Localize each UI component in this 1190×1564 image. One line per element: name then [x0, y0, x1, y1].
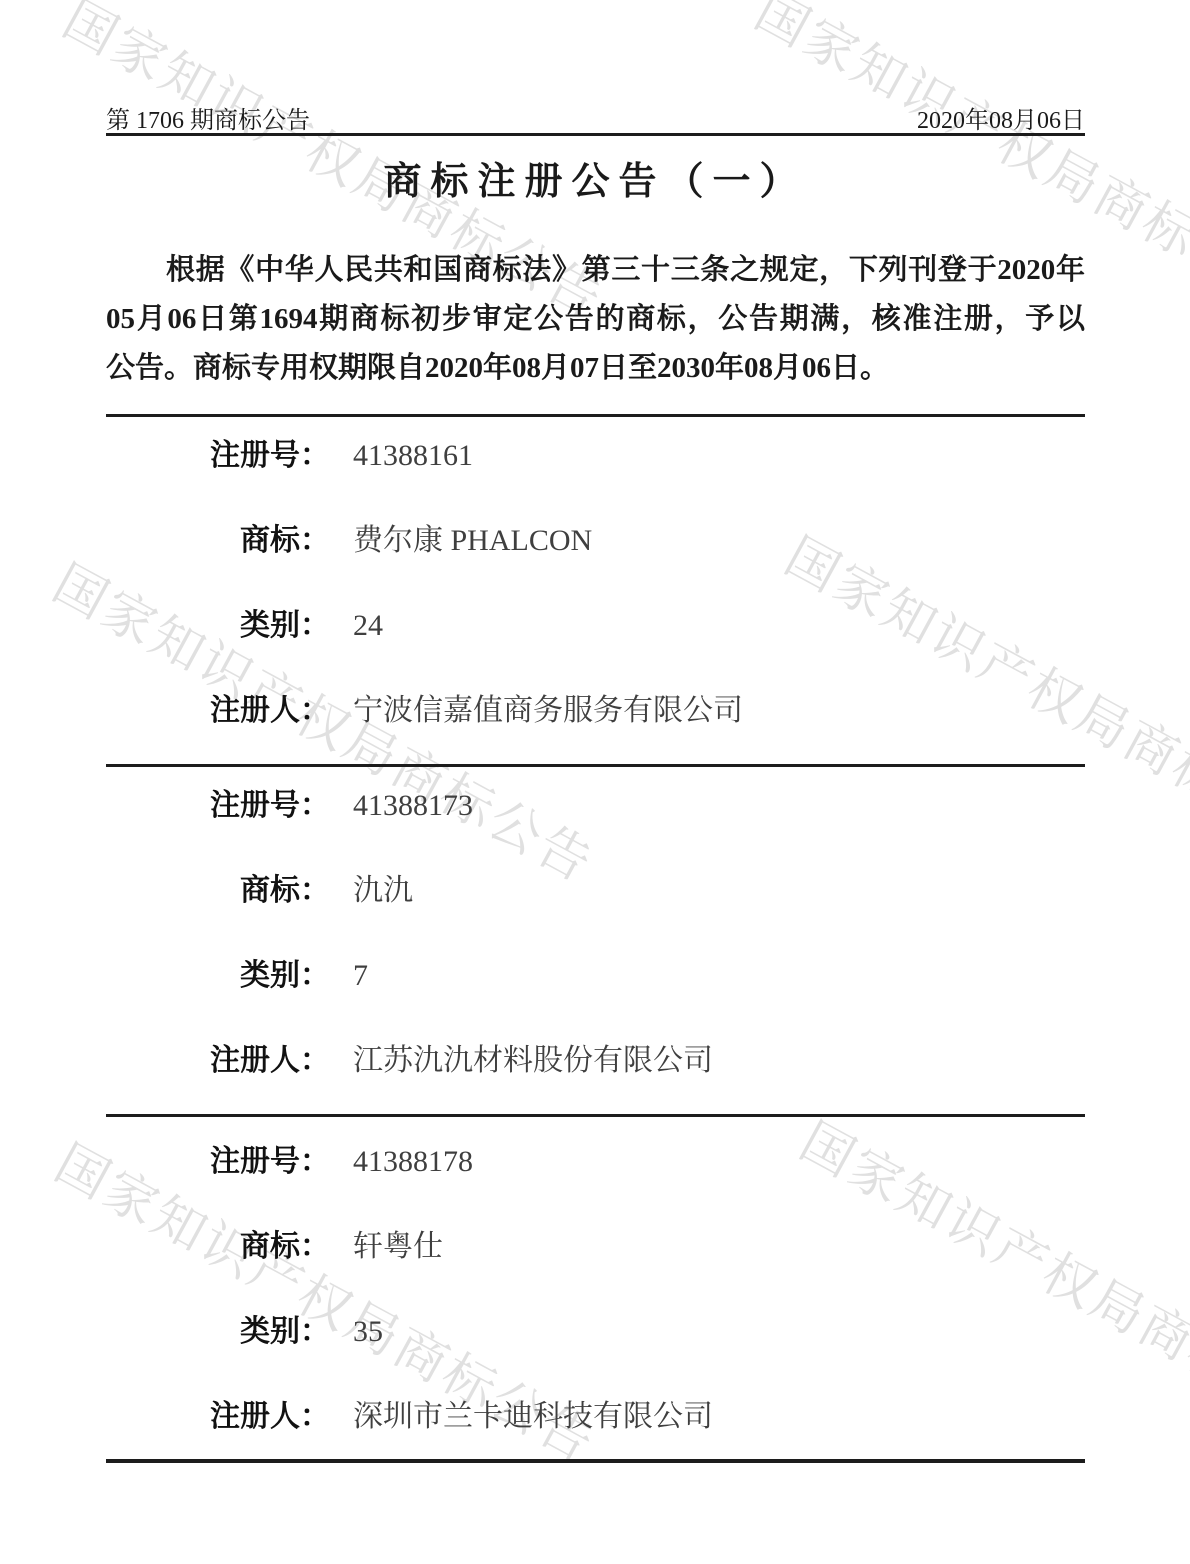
record-row: 商标：氿氿 — [106, 865, 1085, 950]
separator-line — [106, 1114, 1085, 1117]
category-value: 24 — [353, 609, 383, 642]
registrant-value: 江苏氿氿材料股份有限公司 — [353, 1044, 713, 1077]
reg-no-label: 注册号： — [106, 780, 330, 824]
category-value: 35 — [353, 1315, 383, 1348]
registrant-label: 注册人： — [106, 1035, 330, 1079]
header-rule — [106, 133, 1085, 136]
record-row: 类别：35 — [106, 1306, 1085, 1391]
record-row: 注册号：41388161 — [106, 430, 1085, 515]
record-row: 注册号：41388178 — [106, 1136, 1085, 1221]
registrant-label: 注册人： — [106, 1391, 330, 1435]
trademark-value: 氿氿 — [353, 874, 413, 907]
reg-no-value: 41388173 — [353, 789, 473, 822]
separator-line — [106, 764, 1085, 767]
record-row: 类别：24 — [106, 600, 1085, 685]
reg-no-label: 注册号： — [106, 430, 330, 474]
record-row: 商标：轩粤仕 — [106, 1221, 1085, 1306]
registrant-value: 宁波信嘉值商务服务有限公司 — [353, 694, 743, 727]
gazette-issue: 第 1706 期商标公告 — [106, 100, 310, 135]
registrant-label: 注册人： — [106, 685, 330, 729]
trademark-label: 商标： — [106, 865, 330, 909]
record-section: 注册号：41388178 商标：轩粤仕 类别：35 注册人：深圳市兰卡迪科技有限… — [106, 1136, 1085, 1476]
record-row: 商标：费尔康 PHALCON — [106, 515, 1085, 600]
registrant-value: 深圳市兰卡迪科技有限公司 — [353, 1400, 713, 1433]
trademark-label: 商标： — [106, 1221, 330, 1265]
record-row: 注册人：宁波信嘉值商务服务有限公司 — [106, 685, 1085, 770]
gazette-date: 2020年08月06日 — [917, 100, 1085, 135]
page-title: 商标注册公告（一） — [0, 150, 1190, 205]
reg-no-value: 41388178 — [353, 1145, 473, 1178]
record-row: 注册号：41388173 — [106, 780, 1085, 865]
record-row: 注册人：深圳市兰卡迪科技有限公司 — [106, 1391, 1085, 1476]
trademark-label: 商标： — [106, 515, 330, 559]
intro-line: 根据《中华人民共和国商标法》第三十三条之规定，下列刊登于2020年 — [106, 246, 1085, 295]
category-value: 7 — [353, 959, 368, 992]
record-section: 注册号：41388173 商标：氿氿 类别：7 注册人：江苏氿氿材料股份有限公司 — [106, 780, 1085, 1120]
bottom-rule — [106, 1459, 1085, 1463]
separator-line — [106, 414, 1085, 417]
record-row: 注册人：江苏氿氿材料股份有限公司 — [106, 1035, 1085, 1120]
gazette-page: 国家知识产权局商标公告 国家知识产权局商标公告 国家知识产权局商标公告 国家知识… — [0, 0, 1190, 1564]
category-label: 类别： — [106, 1306, 330, 1350]
category-label: 类别： — [106, 600, 330, 644]
reg-no-value: 41388161 — [353, 439, 473, 472]
category-label: 类别： — [106, 950, 330, 994]
intro-line: 公告。商标专用权期限自2020年08月07日至2030年08月06日。 — [106, 344, 1085, 393]
trademark-value: 费尔康 PHALCON — [353, 524, 592, 557]
record-section: 注册号：41388161 商标：费尔康 PHALCON 类别：24 注册人：宁波… — [106, 430, 1085, 770]
reg-no-label: 注册号： — [106, 1136, 330, 1180]
intro-line: 05月06日第1694期商标初步审定公告的商标，公告期满，核准注册，予以 — [106, 295, 1085, 344]
intro-paragraph: 根据《中华人民共和国商标法》第三十三条之规定，下列刊登于2020年 05月06日… — [106, 246, 1085, 393]
record-row: 类别：7 — [106, 950, 1085, 1035]
trademark-value: 轩粤仕 — [353, 1230, 443, 1263]
